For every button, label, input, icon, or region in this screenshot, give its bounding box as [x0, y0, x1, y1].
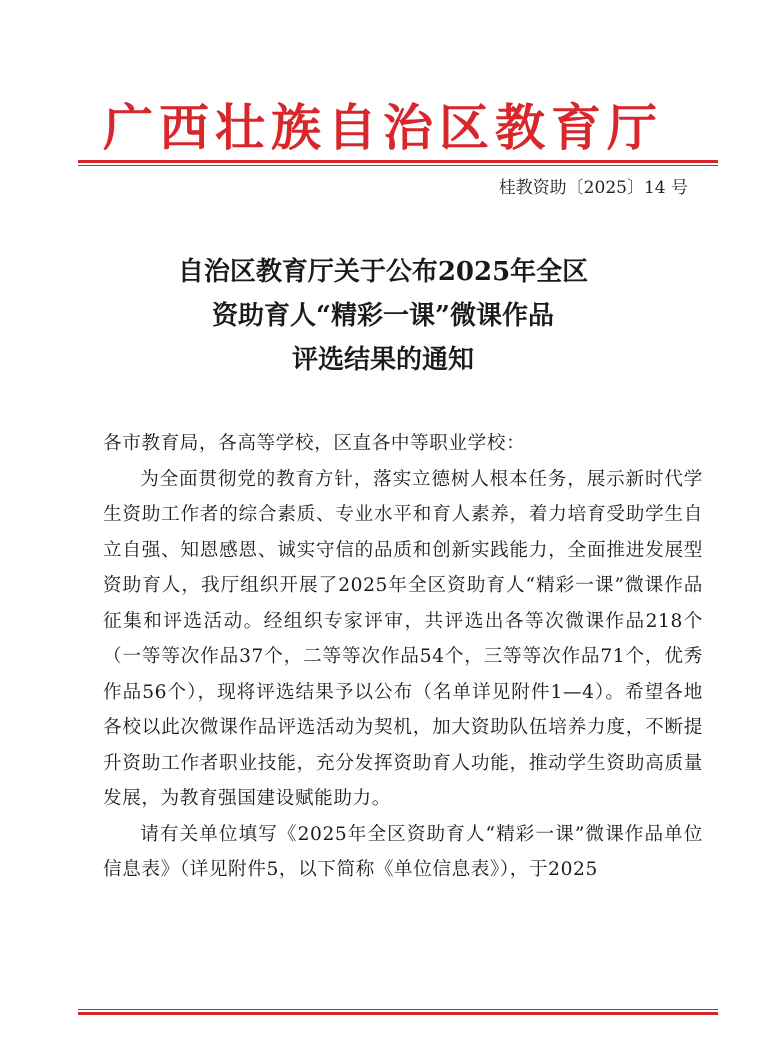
title-line: 自治区教育厅关于公布2025年全区	[0, 250, 766, 294]
salutation: 各市教育局，各高等学校，区直各中等职业学校：	[103, 426, 703, 462]
footer-divider	[78, 1012, 718, 1015]
header-divider-thin	[78, 165, 718, 166]
title-line: 评选结果的通知	[0, 338, 766, 382]
issuer-masthead: 广西壮族自治区教育厅	[0, 98, 766, 158]
body-paragraph: 为全面贯彻党的教育方针，落实立德树人根本任务，展示新时代学生资助工作者的综合素质…	[103, 462, 703, 817]
footer-divider-thin	[78, 1009, 718, 1010]
body-paragraph: 请有关单位填写《2025年全区资助育人“精彩一课”微课作品单位信息表》（详见附件…	[103, 817, 703, 888]
header-divider	[78, 160, 718, 163]
title-line: 资助育人“精彩一课”微课作品	[0, 294, 766, 338]
document-body: 各市教育局，各高等学校，区直各中等职业学校： 为全面贯彻党的教育方针，落实立德树…	[103, 426, 703, 888]
document-title: 自治区教育厅关于公布2025年全区 资助育人“精彩一课”微课作品 评选结果的通知	[0, 250, 766, 382]
document-number: 桂教资助〔2025〕14 号	[499, 176, 688, 200]
